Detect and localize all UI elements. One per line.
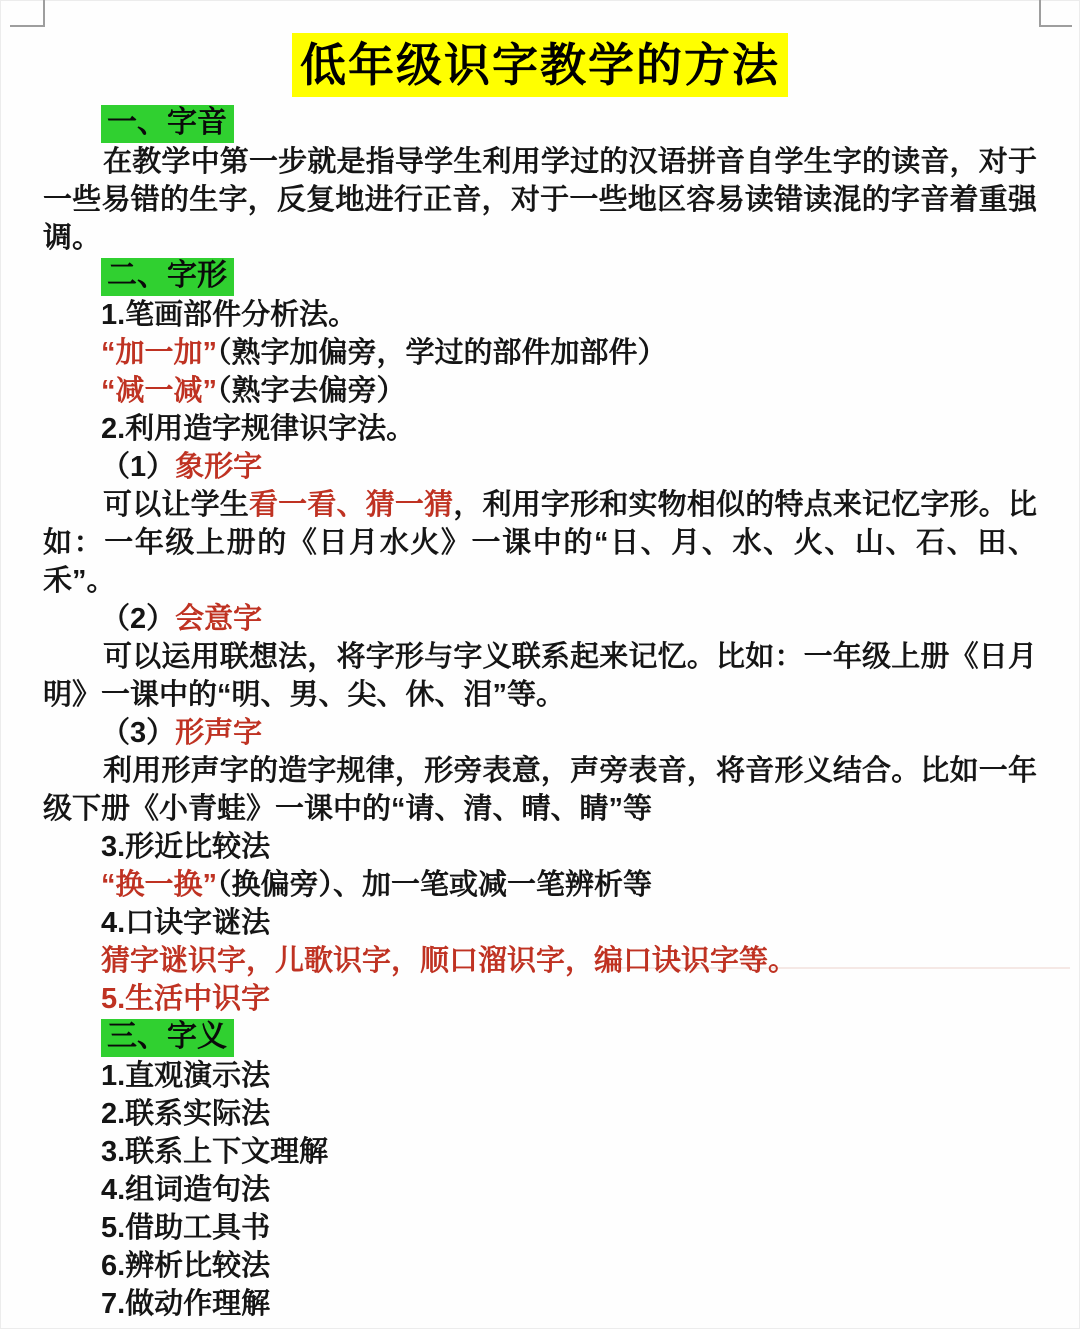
term-shenghuo: 5.生活中识字 <box>101 983 270 1015</box>
document-content: 低年级识字教学的方法 一、字音 在教学中第一步就是指导学生利用学过的汉语拼音自学… <box>43 33 1037 1323</box>
term-caizimi: 猜字谜识字，儿歌识字，顺口溜识字，编口诀识字等。 <box>101 945 797 977</box>
section-heading-ziyi: 三、字义 <box>101 1019 234 1057</box>
item-number-1: （1） <box>101 451 175 483</box>
paragraph-ziyin: 在教学中第一步就是指导学生利用学过的汉语拼音自学生字的读音，对于一些易错的生字，… <box>43 143 1037 257</box>
list-item-huanyihuan: “换一换”（换偏旁）、加一笔或减一笔辨析等 <box>43 866 1037 904</box>
list-item-huiyizi: （2）会意字 <box>43 600 1037 638</box>
list-item-shenghuo: 5.生活中识字 <box>43 980 1037 1018</box>
paragraph-xingshengzi: 利用形声字的造字规律，形旁表意，声旁表音，将音形义结合。比如一年级下册《小青蛙》… <box>43 752 1037 828</box>
section-heading-row-1: 一、字音 <box>43 104 1037 143</box>
title-row: 低年级识字教学的方法 <box>43 33 1037 97</box>
list-item-xingshengzi: （3）形声字 <box>43 714 1037 752</box>
list-item-zaozi-rule: 2.利用造字规律识字法。 <box>43 410 1037 448</box>
paragraph-xiangxingzi: 可以让学生看一看、猜一猜，利用字形和实物相似的特点来记忆字形。比如：一年级上册的… <box>43 486 1037 600</box>
term-jiayijia: “加一加” <box>101 337 217 369</box>
list-item-xiangxingzi: （1）象形字 <box>43 448 1037 486</box>
term-huanyihuan-note: （换偏旁）、加一笔或减一笔辨析等 <box>217 869 652 901</box>
document-page: 低年级识字教学的方法 一、字音 在教学中第一步就是指导学生利用学过的汉语拼音自学… <box>0 0 1080 1329</box>
list-item-koujue: 4.口诀字谜法 <box>43 904 1037 942</box>
list-item-ziyi-6: 6.辨析比较法 <box>43 1247 1037 1285</box>
list-item-ziyi-1: 1.直观演示法 <box>43 1057 1037 1095</box>
term-jiayijia-note: （熟字加偏旁，学过的部件加部件） <box>217 337 667 369</box>
term-xingshengzi: 形声字 <box>175 717 262 749</box>
list-item-caizimi: 猜字谜识字，儿歌识字，顺口溜识字，编口诀识字等。 <box>43 942 1037 980</box>
term-jianyijian-note: （熟字去偏旁） <box>217 375 406 407</box>
list-item-ziyi-5: 5.借助工具书 <box>43 1209 1037 1247</box>
list-item-ziyi-3: 3.联系上下文理解 <box>43 1133 1037 1171</box>
term-jianyijian: “减一减” <box>101 375 217 407</box>
section-heading-row-3: 三、字义 <box>43 1018 1037 1057</box>
list-item-xingjin: 3.形近比较法 <box>43 828 1037 866</box>
page-title: 低年级识字教学的方法 <box>292 33 788 97</box>
list-item-jiayijia: “加一加”（熟字加偏旁，学过的部件加部件） <box>43 334 1037 372</box>
section-heading-zixing: 二、字形 <box>101 258 234 296</box>
list-item-ziyi-4: 4.组词造句法 <box>43 1171 1037 1209</box>
item-number-3: （3） <box>101 717 175 749</box>
paragraph-huiyizi: 可以运用联想法，将字形与字义联系起来记忆。比如：一年级上册《日月明》一课中的“明… <box>43 638 1037 714</box>
item-number-2: （2） <box>101 603 175 635</box>
paragraph-xiangxingzi-a: 可以让学生 <box>103 489 249 521</box>
list-item-ziyi-2: 2.联系实际法 <box>43 1095 1037 1133</box>
term-xiangxingzi: 象形字 <box>175 451 262 483</box>
term-kan-cai: 看一看、猜一猜 <box>249 489 453 521</box>
section-heading-row-2: 二、字形 <box>43 257 1037 296</box>
term-huiyizi: 会意字 <box>175 603 262 635</box>
section-heading-ziyin: 一、字音 <box>101 105 234 143</box>
page-corner-mark-right <box>1039 0 1072 27</box>
list-item-jianyijian: “减一减”（熟字去偏旁） <box>43 372 1037 410</box>
page-corner-mark-left <box>10 0 45 27</box>
term-huanyihuan: “换一换” <box>101 869 217 901</box>
list-item-bihua: 1.笔画部件分析法。 <box>43 296 1037 334</box>
list-item-ziyi-7: 7.做动作理解 <box>43 1285 1037 1323</box>
